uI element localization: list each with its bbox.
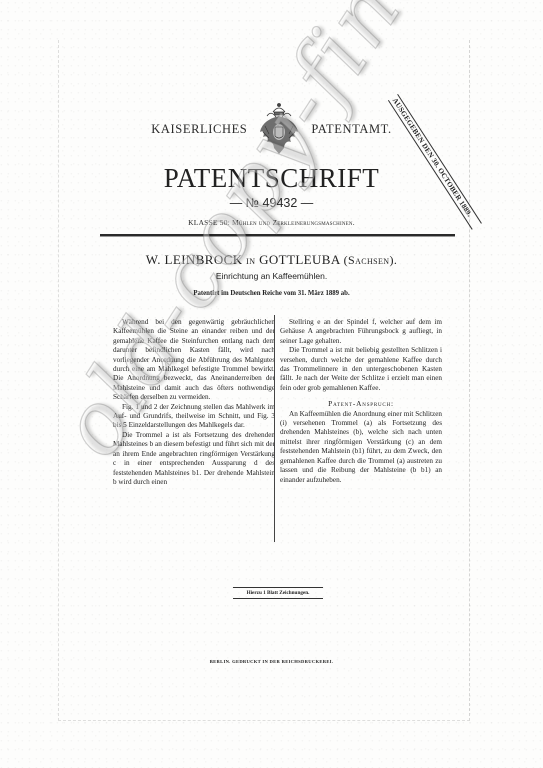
patent-date: Patentirt im Deutschen Reiche vom 31. Mä… (0, 290, 543, 297)
patent-subject: Einrichtung an Kaffeemühlen. (0, 271, 543, 281)
left-column: Während bei den gegenwärtig gebräuchlich… (113, 318, 275, 487)
paragraph: Fig. 1 und 2 der Zeichnung stellen das M… (113, 403, 275, 431)
drawings-note: Hierzu 1 Blatt Zeichnungen. (233, 587, 323, 599)
paragraph: Die Trommel a ist als Fortsetzung des dr… (113, 431, 275, 487)
inventor-in: in (246, 253, 255, 267)
paragraph: Während bei den gegenwärtig gebräuchlich… (113, 318, 275, 403)
office-header: KAISERLICHES PATENTAMT. (0, 100, 543, 158)
printer-imprint: BERLIN. GEDRUCKT IN DER REICHSDRUCKEREI. (0, 659, 543, 664)
document-title: PATENTSCHRIFT (0, 163, 543, 194)
patent-class: KLASSE 50: Mühlen und Zerkleinerungsmasc… (0, 218, 543, 227)
klasse-text: Mühlen und Zerkleinerungsmaschinen. (232, 218, 355, 227)
header-rule (100, 234, 455, 236)
claim-text: An Kaffeemühlen die Anordnung einer mit … (280, 410, 442, 485)
header-left: KAISERLICHES (151, 122, 247, 137)
header-right: PATENTAMT. (311, 122, 391, 137)
inventor-name: W. LEINBROCK (146, 252, 243, 267)
patent-number: — № 49432 — (0, 196, 543, 210)
inventor-town: GOTTLEUBA (259, 252, 340, 267)
paragraph: Die Trommel a ist mit beliebig gestellte… (280, 346, 442, 393)
claim-heading: Patent-Anspruch: (280, 399, 442, 408)
right-column: Stellring e an der Spindel f, welcher au… (280, 318, 442, 485)
column-divider (274, 315, 275, 542)
imperial-eagle-icon (257, 100, 301, 158)
klasse-label: KLASSE 50: (188, 218, 230, 227)
inventor-line: W. LEINBROCK in GOTTLEUBA (Sachsen). (0, 252, 543, 268)
patent-page: KAISERLICHES PATENTAMT. AUSGEGEBEN DEN 3… (0, 0, 543, 768)
inventor-region: (Sachsen). (344, 253, 398, 267)
paragraph: Stellring e an der Spindel f, welcher au… (280, 318, 442, 346)
